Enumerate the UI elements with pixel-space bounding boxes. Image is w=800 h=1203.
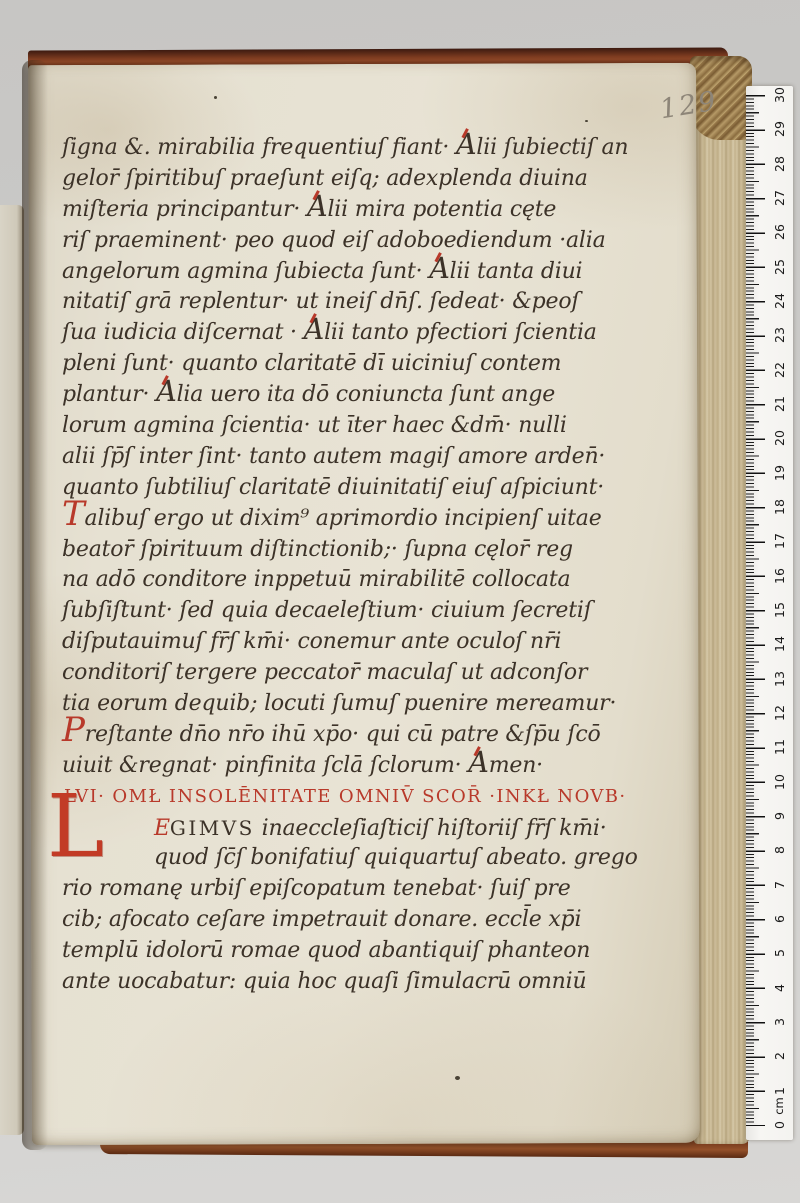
text-segment: na adō conditore inppetuū mirabilitē col… <box>62 567 570 592</box>
text-segment: lii tanta diui <box>450 259 583 284</box>
ruler-label: 10 <box>770 769 788 795</box>
text-segment: rio romanę urbiſ epiſcopatum tenebat· ſu… <box>62 876 571 901</box>
text-segment: quanto ſubtiliuſ claritatē diuinitatiſ e… <box>62 475 604 500</box>
text-segment: alii ſp̄ſ inter ſint· tanto autem magiſ … <box>62 444 605 469</box>
text-segment: templū idolorū romae quod abantiquiſ pha… <box>62 938 590 963</box>
ruler-label: 19 <box>770 460 788 486</box>
parchment-speck <box>585 120 588 122</box>
gutter-shadow <box>22 60 48 1150</box>
text-line: quod ſc̄ſ bonifatiuſ quiquartuſ abeato. … <box>62 843 674 874</box>
text-segment: GIMVS <box>170 816 255 840</box>
ruler-cm-ticks <box>746 95 765 1126</box>
text-line: tia eorum dequib; locuti ſumuſ puenire m… <box>62 689 674 720</box>
text-segment: lii mira potentia cęte <box>327 197 556 222</box>
text-segment: LVI· OMŁ INSOLĒNITATE OMNIV̄ SCOR̄ ·INKŁ… <box>64 786 627 807</box>
text-line: nitatiſ grā replentur· ut ineiſ dn̄ſ. ſe… <box>62 287 674 318</box>
ruler-label: 3 <box>770 1009 788 1035</box>
ruler-label: 11 <box>770 734 788 760</box>
text-segment: ante uocabatur: quia hoc quaſi ſimulacrū… <box>62 969 586 994</box>
big-initial-L: L <box>47 795 104 860</box>
ruler-label: 14 <box>770 631 788 657</box>
text-segment: quod ſc̄ſ bonifatiuſ quiquartuſ abeato. … <box>154 845 638 870</box>
ruler-label: 17 <box>770 528 788 554</box>
text-segment: cib; afocato ceſare impetrauit donare. e… <box>62 907 581 932</box>
text-segment: men· <box>489 753 543 778</box>
text-line: lorum agmina ſcientia· ut īter haec &dm̄… <box>62 411 674 442</box>
ruler-label: 12 <box>770 700 788 726</box>
ruler-label: 9 <box>770 803 788 829</box>
text-segment: ſubſiſtunt· ſed quia decaeleſtium· ciuiu… <box>62 598 592 623</box>
text-segment: lii tanto pfectiori ſcientia <box>324 320 597 345</box>
text-segment: alibuſ ergo ut dixim⁹ aprimordio incipie… <box>85 506 602 531</box>
text-line: na adō conditore inppetuū mirabilitē col… <box>62 565 674 596</box>
text-block: ſigna &. mirabilia frequentiuſ fiant· Al… <box>62 133 674 998</box>
ruler: 0123456789101112131415161718192021222324… <box>746 86 793 1140</box>
ruler-label: 20 <box>770 425 788 451</box>
text-line: gelor̄ ſpiritibuſ praeſunt eiſq; adexple… <box>62 164 674 195</box>
text-segment: nitatiſ grā replentur· ut ineiſ dn̄ſ. ſe… <box>62 289 579 314</box>
text-segment: tia eorum dequib; locuti ſumuſ puenire m… <box>62 691 616 716</box>
facing-page-edge <box>0 205 24 1135</box>
ruler-label: 2 <box>770 1043 788 1069</box>
ruler-label: 21 <box>770 391 788 417</box>
text-segment: uiuit &regnat· pinfinita ſclā ſclorum· <box>62 753 468 778</box>
text-segment: diſputauimuſ fr̄ſ km̄i· conemur ante ocu… <box>62 629 561 654</box>
parchment-speck <box>455 1076 460 1080</box>
text-line: plantur· Alia uero ita dō coniuncta ſunt… <box>62 380 674 411</box>
text-segment: lorum agmina ſcientia· ut īter haec &dm̄… <box>62 413 567 438</box>
ruler-label: 27 <box>770 185 788 211</box>
text-segment: inaeccleſiaſticiſ hiſtoriiſ fr̄ſ km̄i· <box>255 816 607 841</box>
ruler-label: 29 <box>770 116 788 142</box>
page-stack-fore-edge <box>694 64 750 1144</box>
text-segment: miſteria principantur· <box>62 197 307 222</box>
text-segment: beator̄ ſpirituum diſtinctionib;· ſupna … <box>62 537 573 562</box>
ruler-label: 24 <box>770 288 788 314</box>
text-line: ante uocabatur: quia hoc quaſi ſimulacrū… <box>62 967 674 998</box>
parchment-speck <box>214 96 217 99</box>
text-line: Talibuſ ergo ut dixim⁹ aprimordio incipi… <box>62 504 674 535</box>
rubric-line: LVI· OMŁ INSOLĒNITATE OMNIV̄ SCOR̄ ·INKŁ… <box>62 782 674 813</box>
text-line: alii ſp̄ſ inter ſint· tanto autem magiſ … <box>62 442 674 473</box>
ruler-label: 13 <box>770 666 788 692</box>
text-line: Preſtante dn̄o nr̄o ihū xp̄o· qui cū pat… <box>62 720 674 751</box>
text-segment: lii ſubiectiſ an <box>476 135 628 160</box>
text-segment: lia uero ita dō coniuncta ſunt ange <box>177 382 556 407</box>
text-segment: E <box>154 816 170 841</box>
ruler-label: 30 <box>770 82 788 108</box>
text-segment: angelorum agmina ſubiecta ſunt· <box>62 259 429 284</box>
ruler-label: 28 <box>770 151 788 177</box>
ruler-label: 26 <box>770 219 788 245</box>
ruler-label: 4 <box>770 975 788 1001</box>
text-line: angelorum agmina ſubiecta ſunt· Alii tan… <box>62 257 674 288</box>
text-line: miſteria principantur· Alii mira potenti… <box>62 195 674 226</box>
text-segment: pleni ſunt· quanto claritatē dī uiciniuſ… <box>62 351 561 376</box>
text-line: ſubſiſtunt· ſed quia decaeleſtium· ciuiu… <box>62 596 674 627</box>
text-line: templū idolorū romae quod abantiquiſ pha… <box>62 936 674 967</box>
text-line: rio romanę urbiſ epiſcopatum tenebat· ſu… <box>62 874 674 905</box>
text-line: beator̄ ſpirituum diſtinctionib;· ſupna … <box>62 535 674 566</box>
text-line: riſ praeminent· peo quod eiſ adoboediend… <box>62 226 674 257</box>
text-line: ſua iudicia diſcernat · Alii tanto pfect… <box>62 318 674 349</box>
text-line: cib; afocato ceſare impetrauit donare. e… <box>62 905 674 936</box>
ruler-label: 18 <box>770 494 788 520</box>
ruler-label: 16 <box>770 563 788 589</box>
ruler-label: 6 <box>770 906 788 932</box>
ruler-label: 8 <box>770 837 788 863</box>
text-line: diſputauimuſ fr̄ſ km̄i· conemur ante ocu… <box>62 627 674 658</box>
text-line: quanto ſubtiliuſ claritatē diuinitatiſ e… <box>62 473 674 504</box>
ruler-label: 25 <box>770 254 788 280</box>
text-segment: gelor̄ ſpiritibuſ praeſunt eiſq; adexple… <box>62 166 588 191</box>
ruler-label: 7 <box>770 872 788 898</box>
text-line: uiuit &regnat· pinfinita ſclā ſclorum· A… <box>62 751 674 782</box>
ruler-unit-label: cm <box>770 1093 788 1119</box>
ruler-label: 22 <box>770 357 788 383</box>
text-line: conditoriſ tergere peccator̄ maculaſ ut … <box>62 658 674 689</box>
text-segment: conditoriſ tergere peccator̄ maculaſ ut … <box>62 660 587 685</box>
ruler-label: 15 <box>770 597 788 623</box>
text-segment: ſigna &. mirabilia frequentiuſ fiant· <box>62 135 456 160</box>
text-segment: ſua iudicia diſcernat · <box>62 320 304 345</box>
text-line: ſigna &. mirabilia frequentiuſ fiant· Al… <box>62 133 674 164</box>
ruler-label: 23 <box>770 322 788 348</box>
text-line: EGIMVS inaeccleſiaſticiſ hiſtoriiſ fr̄ſ … <box>62 813 674 844</box>
text-segment: riſ praeminent· peo quod eiſ adoboediend… <box>62 228 606 253</box>
text-line: pleni ſunt· quanto claritatē dī uiciniuſ… <box>62 349 674 380</box>
ruler-label: 5 <box>770 940 788 966</box>
text-segment: plantur· <box>62 382 156 407</box>
text-segment: reſtante dn̄o nr̄o ihū xp̄o· qui cū patr… <box>85 722 601 747</box>
